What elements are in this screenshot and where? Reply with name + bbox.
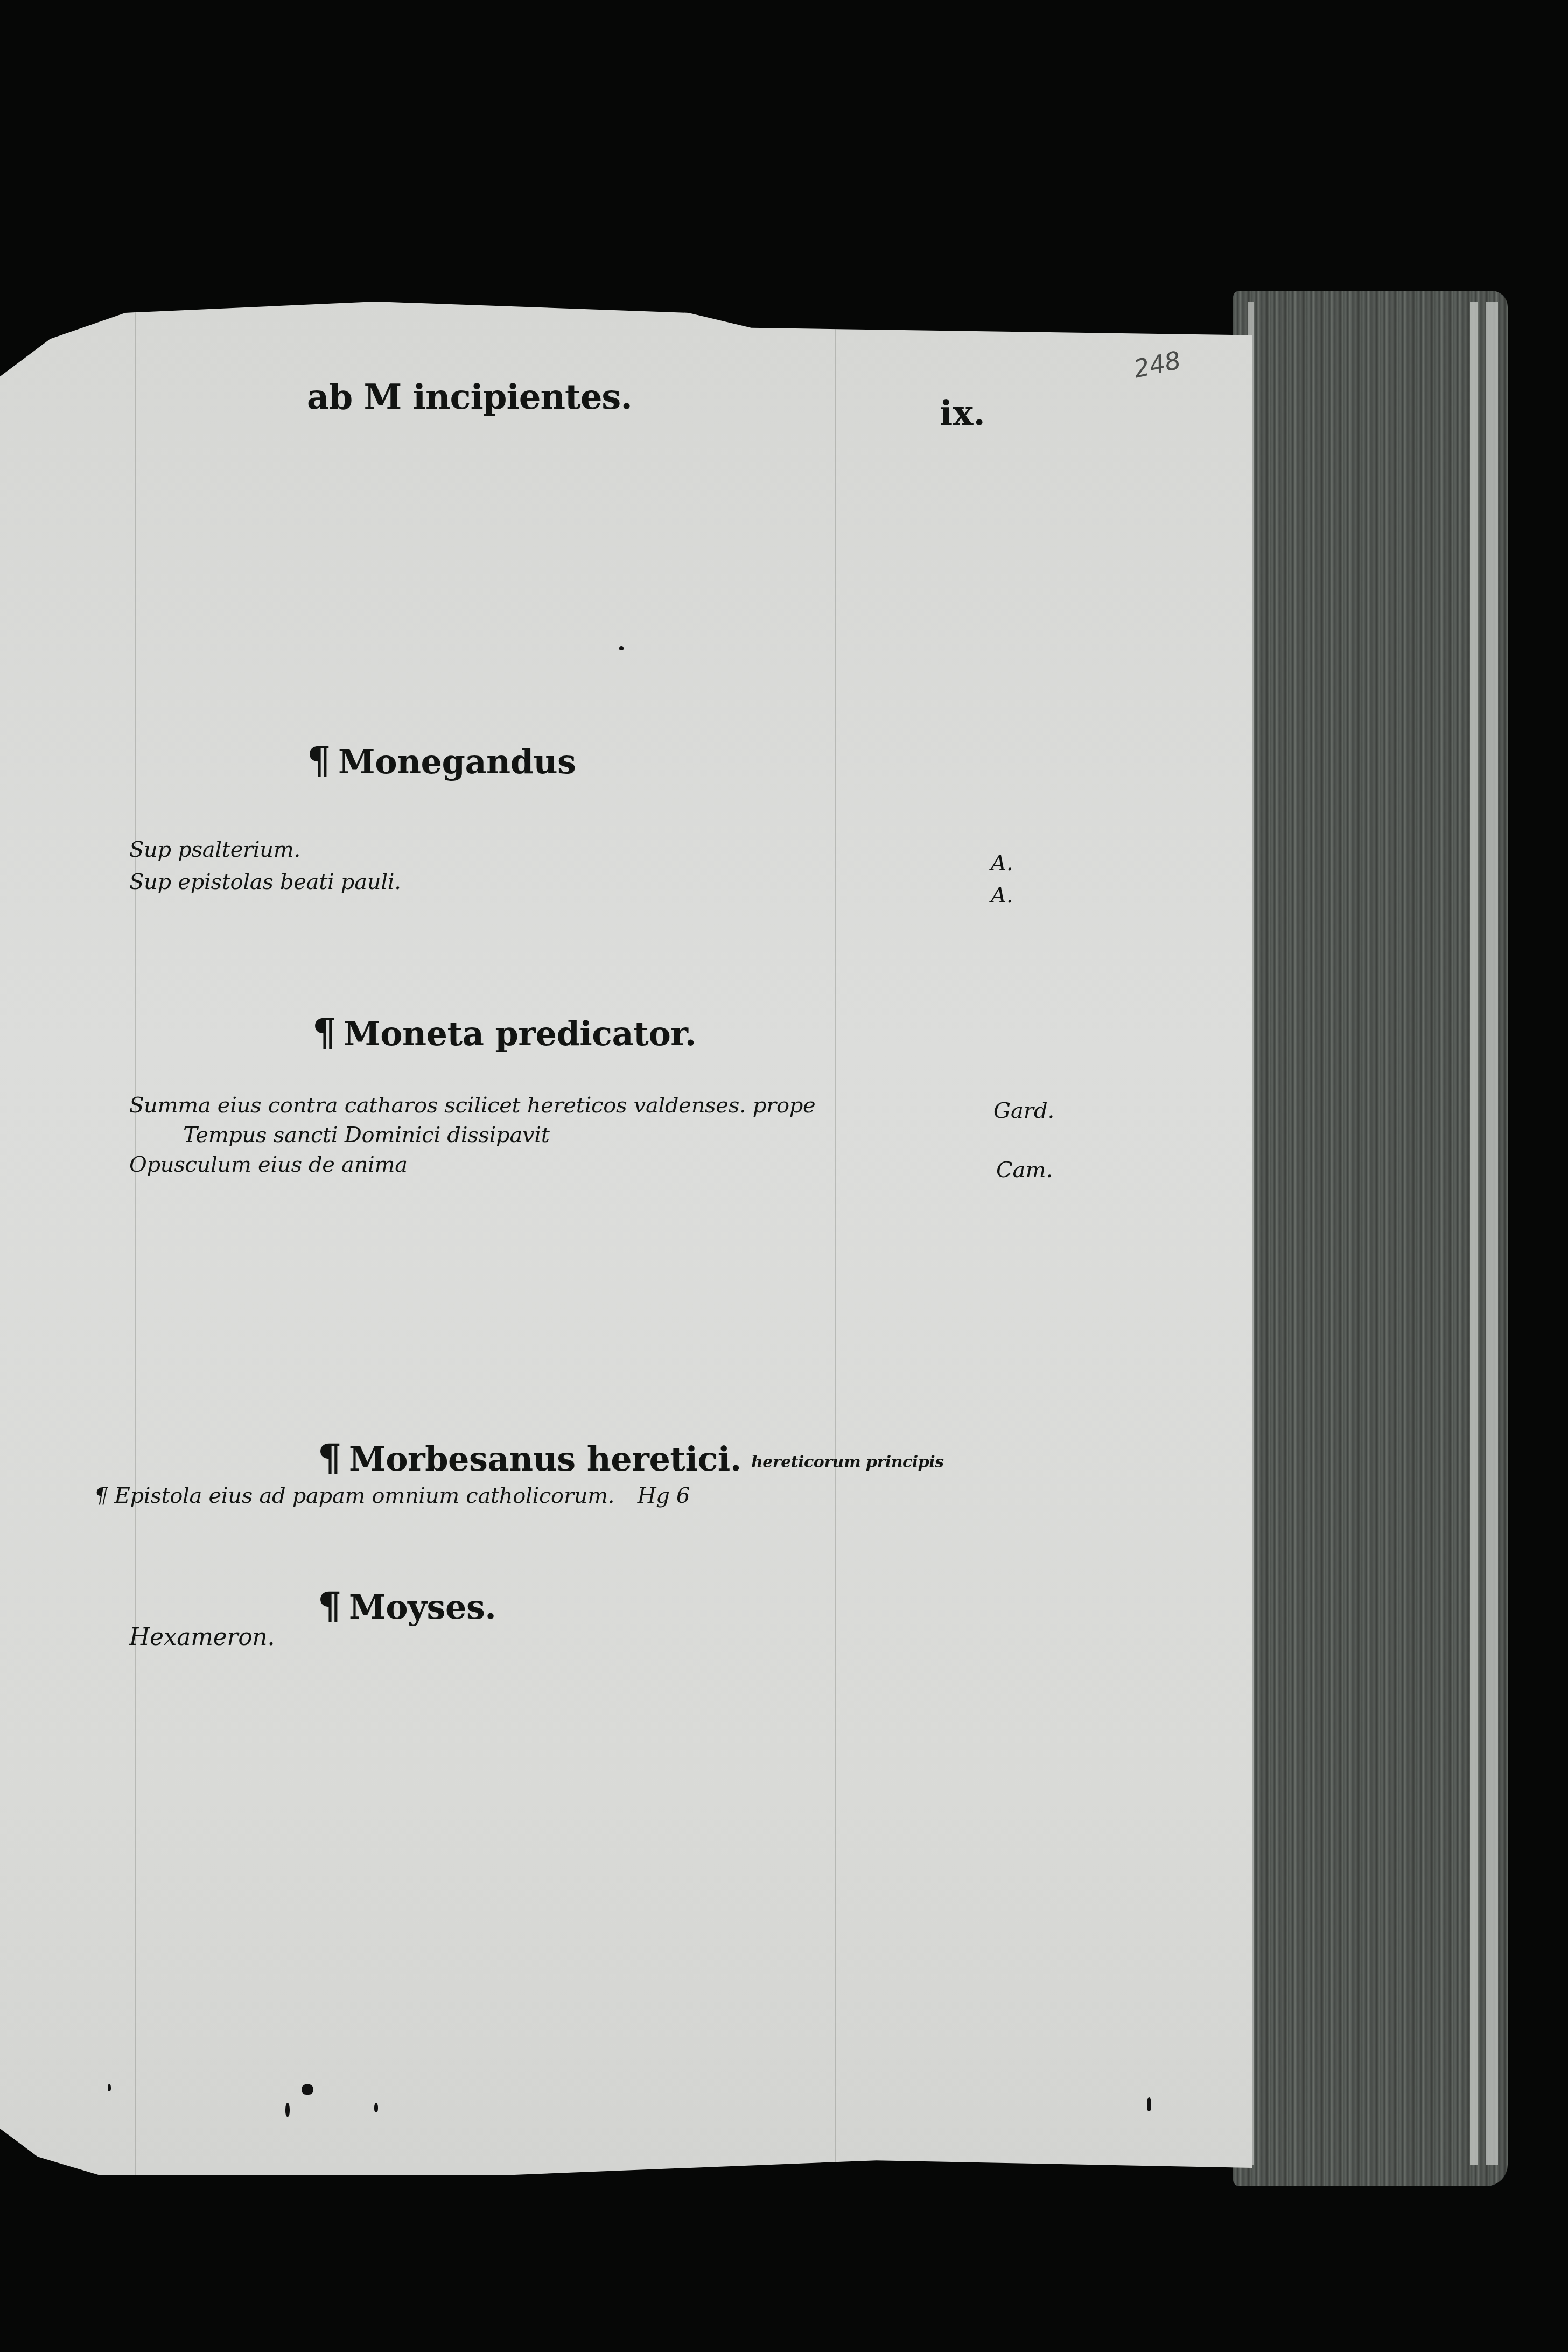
section-heading-moyses: ¶Moyses. [318, 1583, 496, 1628]
entry-text: ¶ Epistola eius ad papam omnium catholic… [94, 1483, 614, 1508]
entry-siglum: A. [991, 883, 1013, 908]
fore-edge-highlight [1486, 302, 1498, 2165]
pilcrow-icon: ¶ [318, 1583, 341, 1628]
ink-blot [285, 2103, 290, 2117]
section-heading-text: Morbesanus heretici. [349, 1439, 741, 1479]
running-title: ab M incipientes. [307, 377, 632, 417]
entry-siglum: A. [991, 851, 1013, 876]
entry: Sup psalterium. [129, 837, 300, 862]
section-heading-text: Moyses. [349, 1587, 496, 1627]
ruling-line-outer [89, 302, 89, 2175]
book-fore-edge [1233, 291, 1508, 2186]
ink-blot [374, 2103, 378, 2112]
ruling-line-left-margin [135, 302, 136, 2175]
entry: Opusculum eius de anima [129, 1152, 408, 1177]
pilcrow-icon: ¶ [318, 1435, 341, 1480]
ink-blot [108, 2084, 111, 2091]
entry: Hexameron. [129, 1623, 275, 1651]
fore-edge-highlight [1470, 302, 1478, 2165]
heading-annotation: hereticorum principis [751, 1453, 944, 1472]
folio-number-roman: ix. [940, 393, 985, 433]
entry: ¶ Epistola eius ad papam omnium catholic… [94, 1483, 690, 1508]
entry-siglum: Gard. [993, 1098, 1054, 1123]
entry: Sup epistolas beati pauli. [129, 870, 401, 894]
section-heading-text: Monegandus [338, 742, 576, 781]
pilcrow-icon: ¶ [307, 738, 331, 782]
section-heading-morbesanus: ¶Morbesanus heretici.hereticorum princip… [318, 1435, 943, 1480]
ink-blot [1147, 2097, 1151, 2111]
section-heading-text: Moneta predicator. [344, 1014, 696, 1053]
ruling-line-text-right [835, 302, 836, 2175]
entry-reference: Hg 6 [638, 1483, 690, 1508]
ink-dot [619, 646, 624, 650]
section-heading-moneta: ¶Moneta predicator. [312, 1010, 696, 1054]
ink-blot [302, 2084, 313, 2095]
entry: Summa eius contra catharos scilicet here… [129, 1093, 815, 1118]
pilcrow-icon: ¶ [312, 1010, 336, 1054]
manuscript-page [0, 302, 1252, 2175]
entry-siglum: Cam. [996, 1158, 1053, 1182]
ruling-line-siglum-column [975, 302, 975, 2175]
entry-continuation: Tempus sancti Dominici dissipavit [129, 1123, 550, 1147]
section-heading-monegandus: ¶Monegandus [307, 738, 576, 782]
